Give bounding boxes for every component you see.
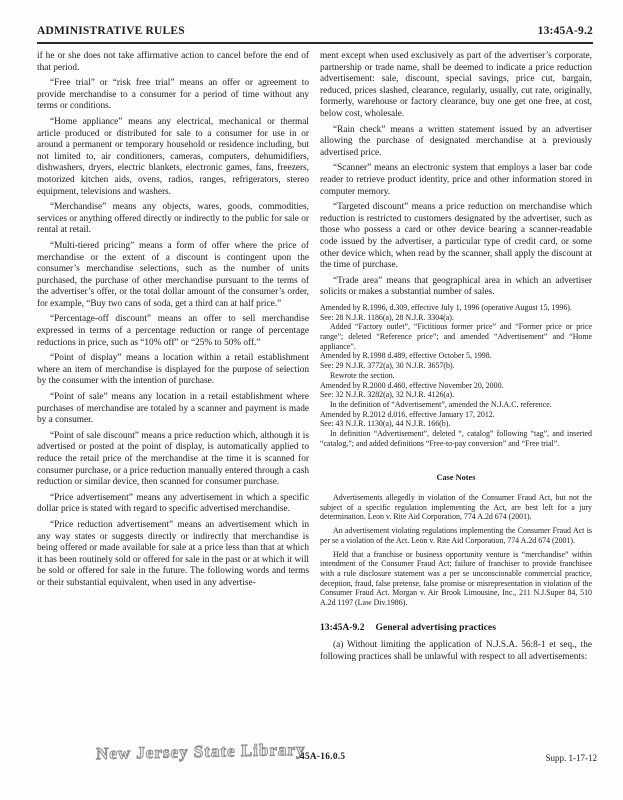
- definition-paragraph: “Percentage-off discount” means an offer…: [37, 314, 309, 349]
- amendment-history-line: Added “Factory outlet”, “Fictitious form…: [320, 322, 592, 351]
- definition-paragraph: “Price advertisement” means any advertis…: [37, 493, 309, 516]
- amendment-history: Amended by R.1996, d.309, effective July…: [320, 303, 592, 449]
- amendment-history-line: In the definition of “Advertisement”, am…: [320, 400, 592, 410]
- definition-paragraph: “Targeted discount” means a price reduct…: [320, 202, 592, 272]
- continuation-paragraph: if he or she does not take affirmative a…: [37, 51, 309, 74]
- section-paragraph: (a) Without limiting the application of …: [320, 640, 592, 663]
- amendment-history-line: See: 28 N.J.R. 1186(a), 28 N.J.R. 3304(a…: [320, 313, 592, 323]
- amendment-history-line: Amended by R.1996, d.309, effective July…: [320, 303, 592, 313]
- amendment-history-line: Rewrote the section.: [320, 371, 592, 381]
- running-header-section-number: 13:45A-9.2: [538, 25, 593, 37]
- definition-paragraph: “Rain check” means a written statement i…: [320, 125, 592, 160]
- section-heading: 13:45A-9.2General advertising practices: [320, 622, 592, 634]
- amendment-history-line: Amended by R.1998 d.489, effective Octob…: [320, 351, 592, 361]
- definition-paragraph: “Trade area” means that geographical are…: [320, 276, 592, 299]
- case-notes-heading: Case Notes: [320, 472, 592, 484]
- case-note-paragraph: Advertisements allegedly in violation of…: [320, 493, 592, 522]
- supplement-date: Supp. 1-17-12: [546, 753, 598, 763]
- definition-paragraph: “Merchandise” means any objects, wares, …: [37, 202, 309, 237]
- definition-paragraph: “Point of sale discount” means a price r…: [37, 431, 309, 489]
- amendment-history-line: See: 32 N.J.R. 3282(a), 32 N.J.R. 4126(a…: [320, 390, 592, 400]
- right-column: ment except when used exclusively as par…: [320, 51, 592, 668]
- continuation-paragraph: ment except when used exclusively as par…: [320, 51, 592, 121]
- left-column: if he or she does not take affirmative a…: [37, 51, 309, 668]
- page-number: 45A-16.0.5: [300, 752, 345, 762]
- document-page: ADMINISTRATIVE RULES 13:45A-9.2 if he or…: [0, 0, 623, 800]
- running-header-title: ADMINISTRATIVE RULES: [37, 25, 185, 37]
- two-column-body: if he or she does not take affirmative a…: [37, 51, 592, 668]
- library-stamp: New Jersey State Library: [96, 740, 306, 764]
- header-rule: [37, 42, 593, 44]
- amendment-history-line: Amended by R.2000 d.460, effective Novem…: [320, 381, 592, 391]
- definition-paragraph: “Free trial” or “risk free trial” means …: [37, 78, 309, 113]
- amendment-history-line: Amended by R.2012 d.016, effective Janua…: [320, 410, 592, 420]
- section-number: 13:45A-9.2: [320, 622, 365, 633]
- definition-paragraph: “Point of sale” means any location in a …: [37, 392, 309, 427]
- case-note-paragraph: Held that a franchise or business opport…: [320, 550, 592, 608]
- section-title: General advertising practices: [376, 622, 496, 633]
- amendment-history-line: See: 29 N.J.R. 3772(a), 30 N.J.R. 3657(b…: [320, 361, 592, 371]
- amendment-history-line: In definition “Advertisement”, deleted “…: [320, 429, 592, 448]
- running-header: ADMINISTRATIVE RULES 13:45A-9.2: [37, 25, 593, 37]
- definition-paragraph: “Scanner” means an electronic system tha…: [320, 163, 592, 198]
- amendment-history-line: See: 43 N.J.R. 1130(a), 44 N.J.R. 166(b)…: [320, 419, 592, 429]
- definition-paragraph: “Price reduction advertisement” means an…: [37, 520, 309, 590]
- definition-paragraph: “Home appliance” means any electrical, m…: [37, 117, 309, 198]
- definition-paragraph: “Multi-tiered pricing” means a form of o…: [37, 241, 309, 311]
- definition-paragraph: “Point of display” means a location with…: [37, 353, 309, 388]
- case-note-paragraph: An advertisement violating regulations i…: [320, 526, 592, 545]
